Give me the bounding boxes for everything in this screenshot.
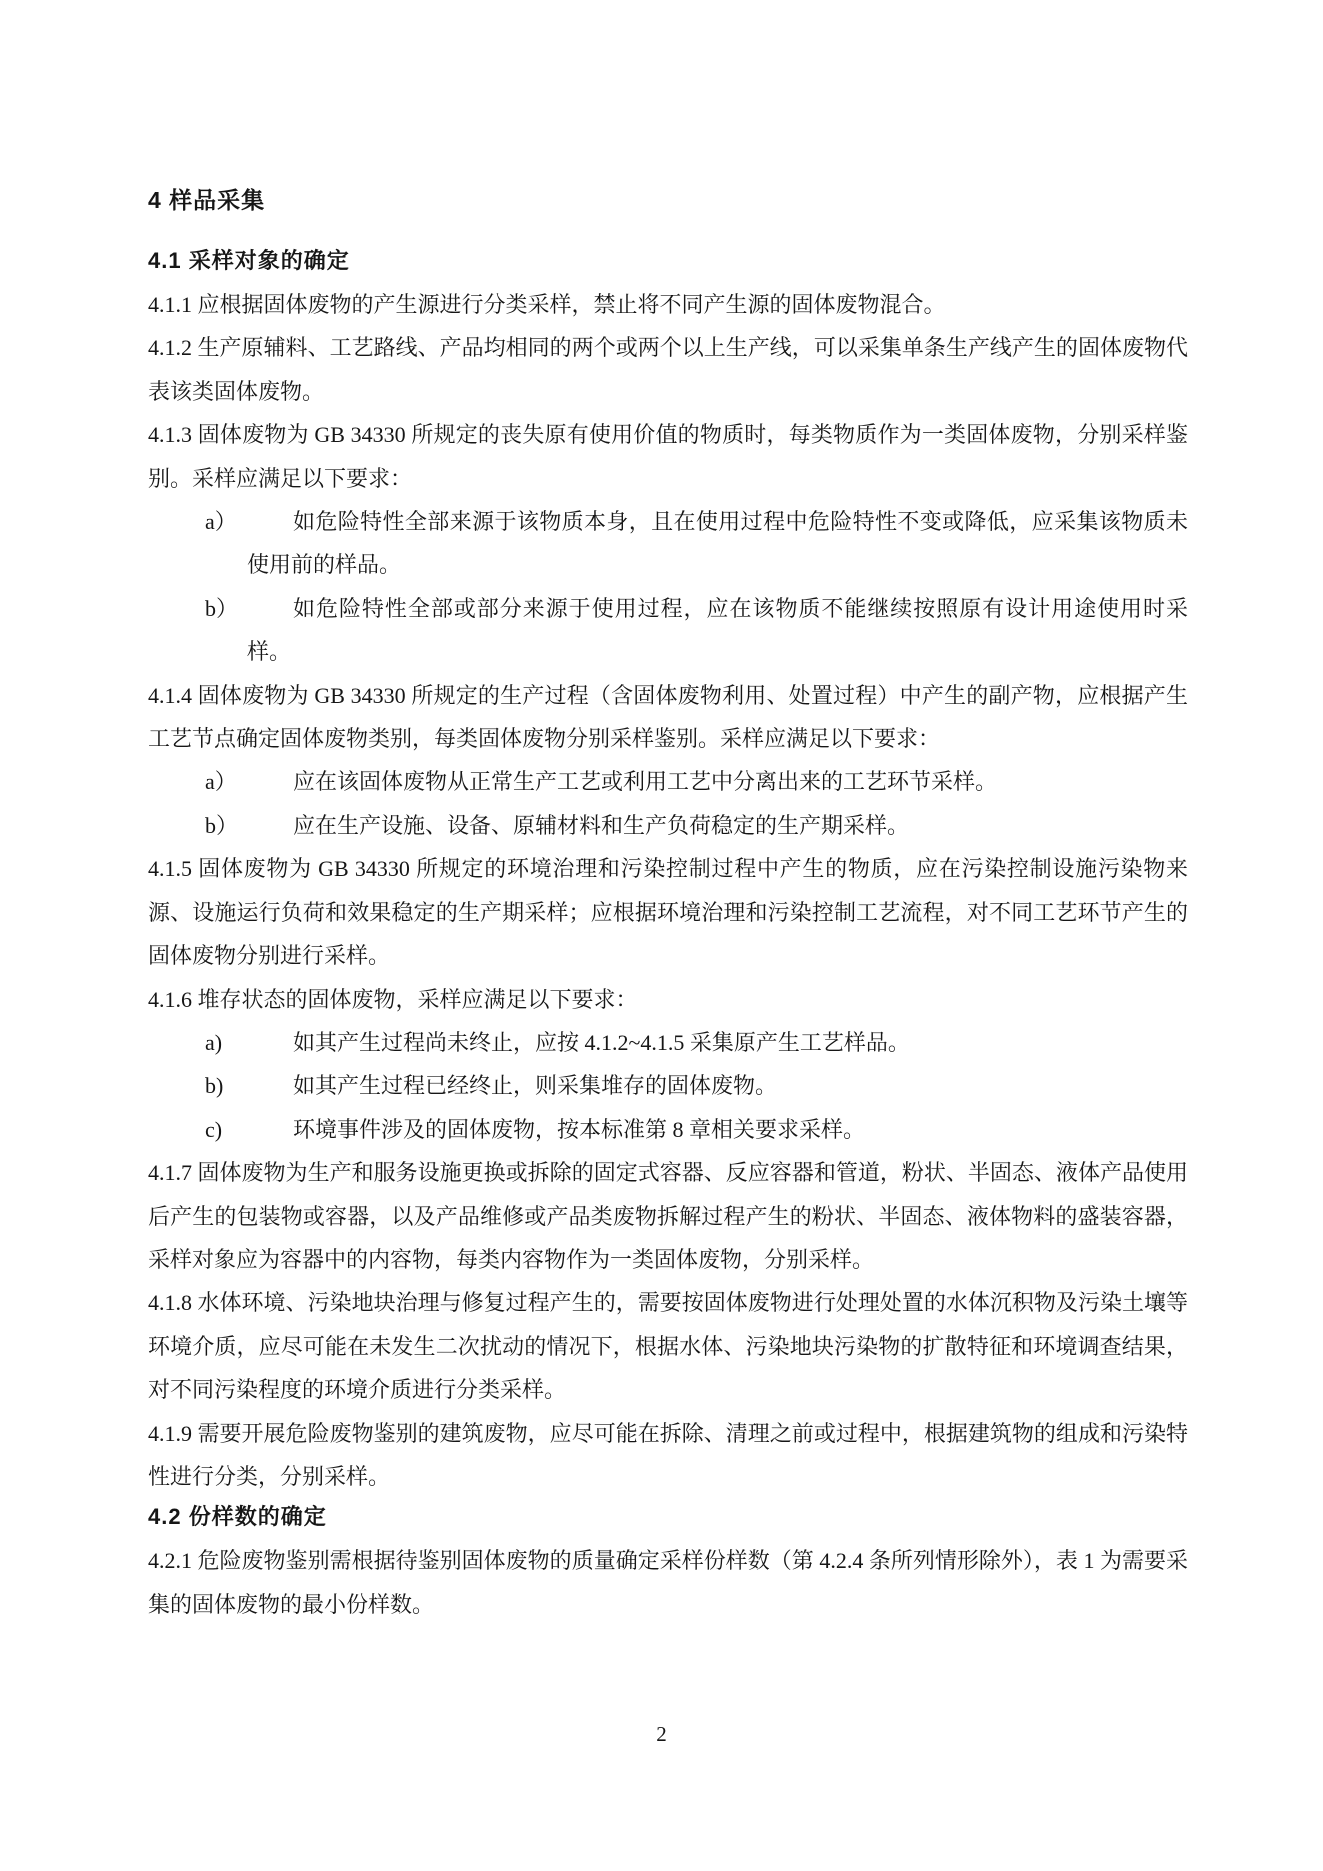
- list-item-text: 应在该固体废物从正常生产工艺或利用工艺中分离出来的工艺环节采样。: [293, 769, 997, 794]
- list-item-marker: a）: [205, 760, 237, 803]
- clause-4-1-7: 4.1.7 固体废物为生产和服务设施更换或拆除的固定式容器、反应容器和管道，粉状…: [148, 1151, 1188, 1281]
- list-item-text: 如危险特性全部或部分来源于使用过程，应在该物质不能继续按照原有设计用途使用时采样…: [247, 596, 1188, 664]
- list-item: a） 应在该固体废物从正常生产工艺或利用工艺中分离出来的工艺环节采样。: [247, 760, 1188, 803]
- list-item-marker: b): [205, 1064, 223, 1107]
- list-item: c) 环境事件涉及的固体废物，按本标准第 8 章相关要求采样。: [247, 1108, 1188, 1151]
- list-item-text: 如其产生过程已经终止，则采集堆存的固体废物。: [293, 1073, 777, 1098]
- list-item-marker: b）: [205, 804, 238, 847]
- list-item-marker: c): [205, 1108, 222, 1151]
- list-item: b） 应在生产设施、设备、原辅材料和生产负荷稳定的生产期采样。: [247, 804, 1188, 847]
- clause-4-1-2: 4.1.2 生产原辅料、工艺路线、产品均相同的两个或两个以上生产线，可以采集单条…: [148, 326, 1188, 413]
- clause-4-1-4: 4.1.4 固体废物为 GB 34330 所规定的生产过程（含固体废物利用、处置…: [148, 674, 1188, 761]
- list-item-marker: b）: [205, 587, 238, 630]
- clause-4-1-1: 4.1.1 应根据固体废物的产生源进行分类采样，禁止将不同产生源的固体废物混合。: [148, 283, 1188, 326]
- list-item-text: 如其产生过程尚未终止，应按 4.1.2~4.1.5 采集原产生工艺样品。: [293, 1030, 910, 1055]
- clause-4-1-8: 4.1.8 水体环境、污染地块治理与修复过程产生的，需要按固体废物进行处理处置的…: [148, 1281, 1188, 1411]
- page-number: 2: [0, 1722, 1323, 1747]
- section-heading-4: 4 样品采集: [148, 186, 1188, 214]
- clause-4-1-6: 4.1.6 堆存状态的固体废物，采样应满足以下要求：: [148, 978, 1188, 1021]
- list-item-marker: a): [205, 1021, 222, 1064]
- list-item: a) 如其产生过程尚未终止，应按 4.1.2~4.1.5 采集原产生工艺样品。: [247, 1021, 1188, 1064]
- list-item: a） 如危险特性全部来源于该物质本身，且在使用过程中危险特性不变或降低，应采集该…: [247, 500, 1188, 587]
- subsection-heading-4-1: 4.1 采样对象的确定: [148, 247, 1188, 275]
- clause-4-1-5: 4.1.5 固体废物为 GB 34330 所规定的环境治理和污染控制过程中产生的…: [148, 847, 1188, 977]
- subsection-heading-4-2: 4.2 份样数的确定: [148, 1503, 1188, 1531]
- list-item-marker: a）: [205, 500, 237, 543]
- clause-4-2-1: 4.2.1 危险废物鉴别需根据待鉴别固体废物的质量确定采样份样数（第 4.2.4…: [148, 1539, 1188, 1626]
- document-page: 4 样品采集 4.1 采样对象的确定 4.1.1 应根据固体废物的产生源进行分类…: [0, 0, 1323, 1871]
- list-item: b） 如危险特性全部或部分来源于使用过程，应在该物质不能继续按照原有设计用途使用…: [247, 587, 1188, 674]
- list-item: b) 如其产生过程已经终止，则采集堆存的固体废物。: [247, 1064, 1188, 1107]
- list-item-text: 应在生产设施、设备、原辅材料和生产负荷稳定的生产期采样。: [293, 813, 909, 838]
- clause-4-1-3: 4.1.3 固体废物为 GB 34330 所规定的丧失原有使用价值的物质时，每类…: [148, 413, 1188, 500]
- clause-4-1-9: 4.1.9 需要开展危险废物鉴别的建筑废物，应尽可能在拆除、清理之前或过程中，根…: [148, 1412, 1188, 1499]
- list-item-text: 环境事件涉及的固体废物，按本标准第 8 章相关要求采样。: [293, 1117, 865, 1142]
- list-item-text: 如危险特性全部来源于该物质本身，且在使用过程中危险特性不变或降低，应采集该物质未…: [247, 509, 1188, 577]
